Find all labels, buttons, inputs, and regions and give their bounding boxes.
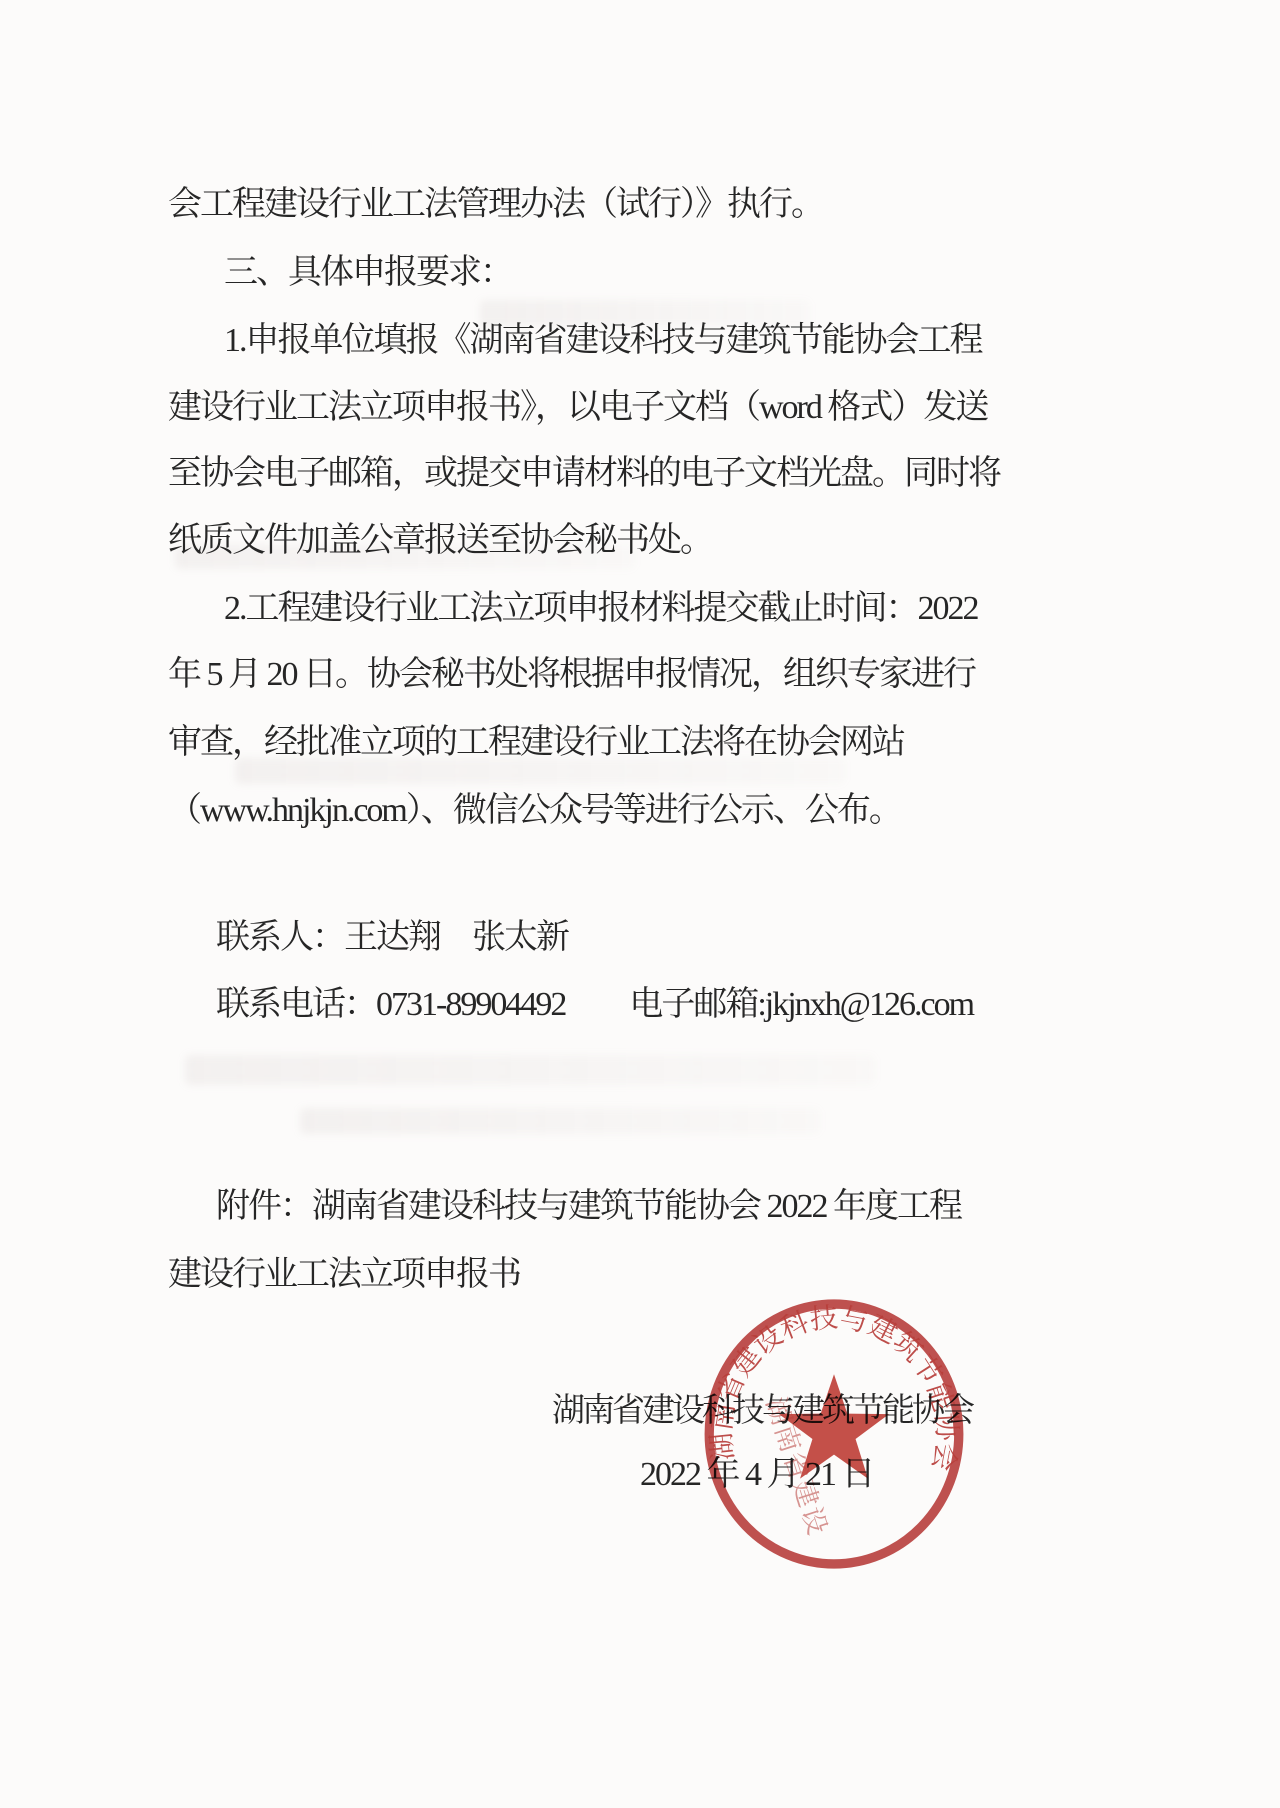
body-line: 年 5 月 20 日。协会秘书处将根据申报情况，组织专家进行 [168,652,975,698]
contact-phone: 联系电话：0731-89904492 [216,982,565,1028]
scanned-document-page: 会工程建设行业工法管理办法（试行）》执行。 三、具体申报要求： 1.申报单位填报… [0,0,1280,1808]
scan-artifact [300,1108,820,1134]
body-line: 2.工程建设行业工法立项申报材料提交截止时间：2022 [224,586,978,632]
body-line: 1.申报单位填报《湖南省建设科技与建筑节能协会工程 [224,318,982,364]
body-line: 审查，经批准立项的工程建设行业工法将在协会网站 [168,720,904,766]
body-line: 纸质文件加盖公章报送至协会秘书处。 [168,518,712,564]
body-line: 至协会电子邮箱，或提交申请材料的电子文档光盘。同时将 [168,451,1000,497]
official-seal: 湖南省建设科技与建筑节能协会 湖南省建设 [702,1296,966,1572]
body-line: 建设行业工法立项申报书》，以电子文档（word 格式）发送 [168,385,987,431]
section-heading: 三、具体申报要求： [224,250,512,296]
body-line: （www.hnjkjn.com）、微信公众号等进行公示、公布。 [168,788,901,834]
contact-email: 电子邮箱:jkjnxh@126.com [629,982,973,1028]
scan-artifact [185,1055,875,1085]
contact-line: 联系电话：0731-89904492 电子邮箱:jkjnxh@126.com [216,982,973,1028]
body-line: 会工程建设行业工法管理办法（试行）》执行。 [168,182,823,228]
contact-person-line: 联系人：王达翔 张太新 [216,915,568,961]
attachment-line: 建设行业工法立项申报书 [168,1252,520,1298]
attachment-line: 附件：湖南省建设科技与建筑节能协会 2022 年度工程 [216,1184,961,1230]
